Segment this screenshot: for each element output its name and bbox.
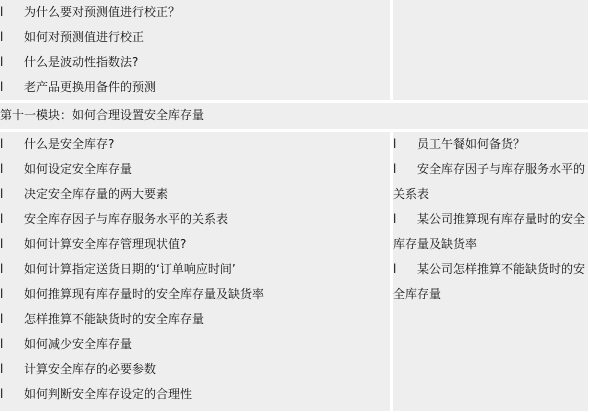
- item-text: 某公司推算现有库存量时的安全: [417, 212, 585, 226]
- list-item: l老产品更换用备件的预测: [0, 75, 156, 100]
- bullet-marker: l: [0, 357, 24, 382]
- module-title: 第十一模块：如何合理设置安全库存量: [0, 103, 204, 128]
- case-item-continuation: 库存量及缺货率: [393, 232, 477, 257]
- item-text: 如何计算安全库存管理现状值?: [24, 237, 186, 251]
- bullet-marker: l: [0, 132, 24, 157]
- bullet-marker: l: [393, 257, 417, 282]
- item-text: 如何对预测值进行校正: [24, 30, 144, 44]
- bullet-marker: l: [0, 232, 24, 257]
- item-text: 如何判断安全库存设定的合理性: [24, 387, 192, 401]
- bullet-marker: l: [0, 0, 24, 25]
- list-item: l如何减少安全库存量: [0, 332, 132, 357]
- list-item: l如何判断安全库存设定的合理性: [0, 382, 192, 407]
- item-text: 如何设定安全库存量: [24, 162, 132, 176]
- item-text: 如何推算现有库存量时的安全库存量及缺货率: [24, 287, 264, 301]
- case-item-continuation: 关系表: [393, 182, 429, 207]
- item-text: 决定安全库存量的两大要素: [24, 187, 168, 201]
- item-text: 安全库存因子与库存服务水平的: [417, 162, 585, 176]
- case-item: l员工午餐如何备货？: [393, 132, 525, 157]
- list-item: l如何推算现有库存量时的安全库存量及缺货率: [0, 282, 264, 307]
- list-item: l如何计算指定送货日期的‘订单响应时间’: [0, 257, 236, 282]
- case-item: l安全库存因子与库存服务水平的: [393, 157, 585, 182]
- top-right-cell: [393, 0, 588, 100]
- item-text: 安全库存因子与库存服务水平的关系表: [24, 212, 228, 226]
- list-item: l什么是波动性指数法?: [0, 50, 138, 75]
- case-item-continuation: 全库存量: [393, 282, 441, 307]
- list-item: l为什么要对预测值进行校正？: [0, 0, 180, 25]
- list-item: l怎样推算不能缺货时的安全库存量: [0, 307, 204, 332]
- case-item: l某公司推算现有库存量时的安全: [393, 207, 585, 232]
- bullet-marker: l: [0, 382, 24, 407]
- bullet-marker: l: [0, 207, 24, 232]
- bullet-marker: l: [393, 132, 417, 157]
- bullet-marker: l: [0, 307, 24, 332]
- bullet-marker: l: [393, 207, 417, 232]
- item-text: 怎样推算不能缺货时的安全库存量: [24, 312, 204, 326]
- list-item: l什么是安全库存?: [0, 132, 114, 157]
- item-text: 什么是安全库存?: [24, 137, 114, 151]
- bullet-marker: l: [0, 332, 24, 357]
- case-item: l某公司怎样推算不能缺货时的安: [393, 257, 585, 282]
- item-text: 什么是波动性指数法?: [24, 55, 138, 69]
- bullet-marker: l: [0, 25, 24, 50]
- list-item: l决定安全库存量的两大要素: [0, 182, 168, 207]
- item-text: 员工午餐如何备货？: [417, 137, 525, 151]
- bullet-marker: l: [0, 182, 24, 207]
- bullet-marker: l: [0, 157, 24, 182]
- item-text: 计算安全库存的必要参数: [24, 362, 156, 376]
- list-item: l如何对预测值进行校正: [0, 25, 144, 50]
- list-item: l如何计算安全库存管理现状值?: [0, 232, 186, 257]
- bullet-marker: l: [393, 157, 417, 182]
- bullet-marker: l: [0, 75, 24, 100]
- bullet-marker: l: [0, 257, 24, 282]
- bullet-marker: l: [0, 50, 24, 75]
- item-text: 为什么要对预测值进行校正？: [24, 5, 180, 19]
- list-item: l如何设定安全库存量: [0, 157, 132, 182]
- item-text: 某公司怎样推算不能缺货时的安: [417, 262, 585, 276]
- item-text: 老产品更换用备件的预测: [24, 80, 156, 94]
- item-text: 如何减少安全库存量: [24, 337, 132, 351]
- bullet-marker: l: [0, 282, 24, 307]
- list-item: l安全库存因子与库存服务水平的关系表: [0, 207, 228, 232]
- item-text: 如何计算指定送货日期的‘订单响应时间’: [24, 262, 236, 276]
- list-item: l计算安全库存的必要参数: [0, 357, 156, 382]
